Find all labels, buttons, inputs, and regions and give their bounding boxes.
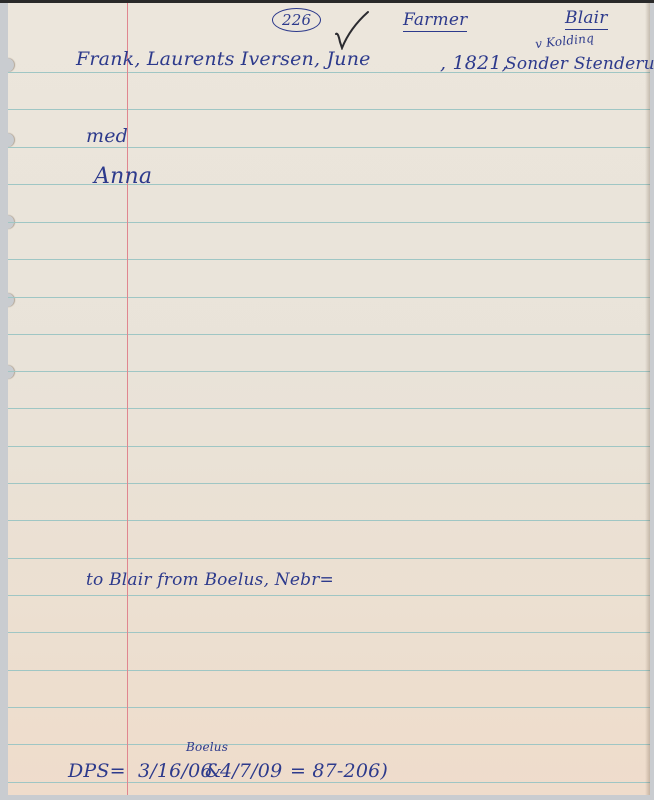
occupation: Farmer [403, 10, 467, 32]
ruled-line [8, 707, 650, 708]
footer-prefix: DPS= [68, 760, 126, 782]
punch-hole [8, 58, 14, 72]
ruled-line [8, 483, 650, 484]
ruled-line [8, 334, 650, 335]
ruled-line [8, 259, 650, 260]
spouse-label: med [86, 125, 128, 147]
punch-hole [8, 293, 14, 307]
margin-line [127, 3, 128, 795]
birth-year: , 1821, [440, 52, 508, 74]
ruled-line [8, 558, 650, 559]
footer-reference: = 87-206) [290, 760, 388, 782]
ruled-line [8, 147, 650, 148]
ruled-line [8, 520, 650, 521]
ruled-line [8, 109, 650, 110]
spouse-name: Anna [94, 164, 152, 189]
checkmark-icon [332, 10, 372, 50]
ruled-line [8, 782, 650, 783]
name-line: Frank, Laurents Iversen, June [76, 48, 371, 70]
footer-date2: 4/7/09 [220, 760, 282, 782]
punch-hole [8, 365, 14, 379]
ruled-line [8, 744, 650, 745]
punch-hole [8, 133, 14, 147]
ruled-line [8, 222, 650, 223]
ruled-line [8, 670, 650, 671]
lined-paper [8, 3, 650, 795]
location: Blair [565, 8, 608, 30]
migration-note: to Blair from Boelus, Nebr= [86, 570, 334, 590]
ruled-line [8, 297, 650, 298]
paper-edge-shadow [645, 3, 650, 795]
ruled-line [8, 446, 650, 447]
ruled-line [8, 632, 650, 633]
birthplace: Sonder Stenderup [505, 54, 654, 74]
record-number: 226 [272, 8, 321, 32]
ruled-line [8, 408, 650, 409]
footer-date1: 3/16/06 [138, 760, 213, 782]
footer-note-above: Boelus [186, 740, 228, 754]
ruled-line [8, 371, 650, 372]
ruled-line [8, 595, 650, 596]
